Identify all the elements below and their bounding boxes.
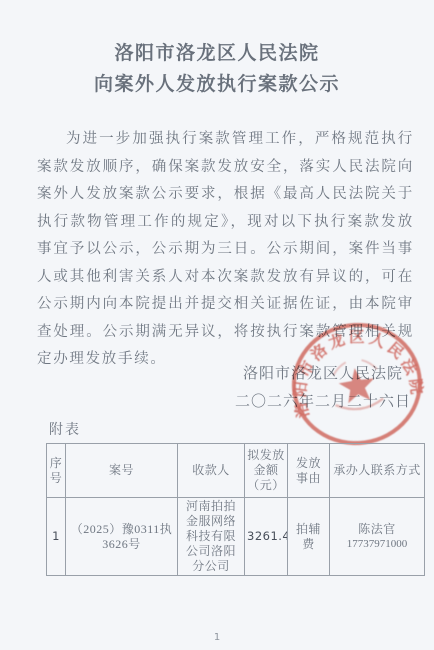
page-number: 1: [0, 632, 434, 643]
cell-index: 1: [47, 498, 66, 576]
cell-contact: 陈法官 17737971000: [330, 498, 425, 576]
table-row: 1 （2025）豫0311执3626号 河南拍拍金服网络科技有限公司洛阳分公司 …: [47, 498, 425, 576]
title-line-1: 洛阳市洛龙区人民法院: [0, 38, 434, 69]
cell-payee: 河南拍拍金服网络科技有限公司洛阳分公司: [178, 498, 245, 576]
header-contact: 承办人联系方式: [330, 444, 425, 498]
court-signature: 洛阳市洛龙区人民法院: [235, 360, 411, 388]
signature-block: 洛阳市洛龙区人民法院 二〇二六年二月二十六日: [235, 360, 411, 416]
title-line-2: 向案外人发放执行案款公示: [0, 69, 434, 100]
cell-case-no: （2025）豫0311执3626号: [66, 498, 178, 576]
distribution-table: 序号 案号 收款人 拟发放金额（元） 发放事由 承办人联系方式 1 （2025）…: [46, 443, 425, 576]
contact-phone: 17737971000: [332, 537, 422, 552]
page-title: 洛阳市洛龙区人民法院 向案外人发放执行案款公示: [0, 38, 434, 100]
contact-name: 陈法官: [358, 522, 396, 536]
header-index: 序号: [47, 444, 66, 498]
header-case-no: 案号: [66, 444, 178, 498]
table-header-row: 序号 案号 收款人 拟发放金额（元） 发放事由 承办人联系方式: [47, 444, 425, 498]
cell-reason: 拍辅费: [288, 498, 330, 576]
header-amount: 拟发放金额（元）: [245, 444, 288, 498]
header-reason: 发放事由: [288, 444, 330, 498]
cell-amount: 3261.4: [245, 498, 288, 576]
document-page: 洛阳市洛龙区人民法院 向案外人发放执行案款公示 为进一步加强执行案款管理工作，严…: [0, 0, 434, 650]
notice-body: 为进一步加强执行案款管理工作，严格规范执行案款发放顺序，确保案款发放安全，落实人…: [37, 126, 414, 374]
attachment-label: 附表: [49, 419, 81, 439]
notice-date: 二〇二六年二月二十六日: [235, 388, 411, 416]
header-payee: 收款人: [178, 444, 245, 498]
